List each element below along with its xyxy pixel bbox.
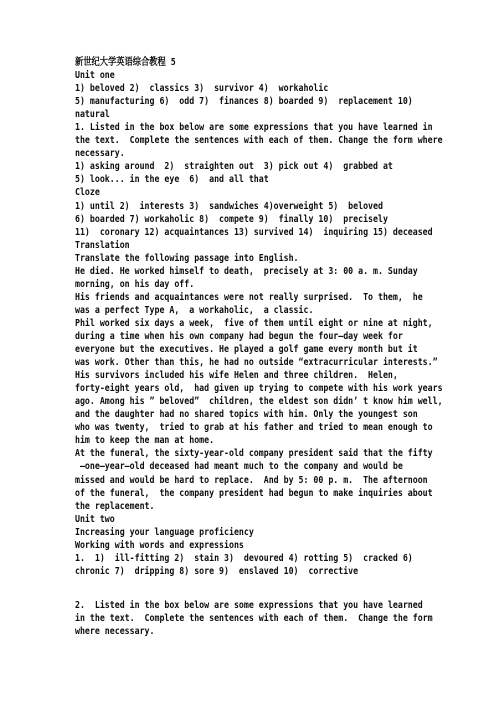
text-line: where necessary. bbox=[75, 625, 496, 638]
text-line: and the daughter had no shared topics wi… bbox=[75, 408, 496, 421]
text-line: who was twenty, tried to grab at his fat… bbox=[75, 421, 496, 434]
text-line: the text. Complete the sentences with ea… bbox=[75, 134, 496, 147]
text-line: 1. Listed in the box below are some expr… bbox=[75, 121, 496, 134]
text-line: 11) coronary 12) acquaintances 13) survi… bbox=[75, 226, 496, 239]
text-line: 1) until 2) interests 3) sandwiches 4)ov… bbox=[75, 200, 496, 213]
text-line: 5) look... in the eye 6) and all that bbox=[75, 173, 496, 186]
text-line: everyone but the executives. He played a… bbox=[75, 343, 496, 356]
text-line: morning, on his day off. bbox=[75, 278, 496, 291]
text-line: 6) boarded 7) workaholic 8) compete 9) f… bbox=[75, 213, 496, 226]
text-line: 1. 1) ill-fitting 2) stain 3) devoured 4… bbox=[75, 552, 496, 565]
text-line: —one—year—old deceased had meant much to… bbox=[75, 460, 496, 473]
text-line: ago. Among his ” beloved” children, the … bbox=[75, 395, 496, 408]
text-line: His friends and acquaintances were not r… bbox=[75, 291, 496, 304]
text-line: in the text. Complete the sentences with… bbox=[75, 612, 496, 625]
text-line: forty-eight years old, had given up tryi… bbox=[75, 382, 496, 395]
text-line bbox=[75, 578, 496, 599]
text-line: him to keep the man at home. bbox=[75, 434, 496, 447]
scanned-document-page: { "document": { "title": "新世纪大学英语综合教程 5"… bbox=[0, 0, 496, 702]
text-line: missed and would be hard to replace. And… bbox=[75, 474, 496, 487]
text-line: Phil worked six days a week, five of the… bbox=[75, 317, 496, 330]
text-line: Unit one bbox=[75, 69, 496, 82]
text-line: Working with words and expressions bbox=[75, 539, 496, 552]
text-line: Translate the following passage into Eng… bbox=[75, 252, 496, 265]
text-line: of the funeral, the company president ha… bbox=[75, 487, 496, 500]
text-line: Unit two bbox=[75, 513, 496, 526]
text-line: At the funeral, the sixty-year-old compa… bbox=[75, 447, 496, 460]
text-line: chronic 7) dripping 8) sore 9) enslaved … bbox=[75, 565, 496, 578]
text-line: Translation bbox=[75, 239, 496, 252]
text-line: 新世纪大学英语综合教程 5 bbox=[75, 56, 496, 69]
text-line: was work. Other than this, he had no out… bbox=[75, 356, 496, 369]
text-line: 5) manufacturing 6) odd 7) finances 8) b… bbox=[75, 95, 496, 108]
text-line: He died. He worked himself to death, pre… bbox=[75, 265, 496, 278]
text-line: the replacement. bbox=[75, 500, 496, 513]
text-line: His survivors included his wife Helen an… bbox=[75, 369, 496, 382]
text-line: 1) asking around 2) straighten out 3) pi… bbox=[75, 160, 496, 173]
text-line: Cloze bbox=[75, 186, 496, 199]
text-line: 1) beloved 2) classics 3) survivor 4) wo… bbox=[75, 82, 496, 95]
document-body: 新世纪大学英语综合教程 5Unit one1) beloved 2) class… bbox=[75, 56, 495, 638]
text-line: Increasing your language proficiency bbox=[75, 526, 496, 539]
text-line: necessary. bbox=[75, 147, 496, 160]
text-line: natural bbox=[75, 108, 496, 121]
text-line: was a perfect Type A, a workaholic, a cl… bbox=[75, 304, 496, 317]
text-line: during a time when his own company had b… bbox=[75, 330, 496, 343]
text-line: 2. Listed in the box below are some expr… bbox=[75, 599, 496, 612]
